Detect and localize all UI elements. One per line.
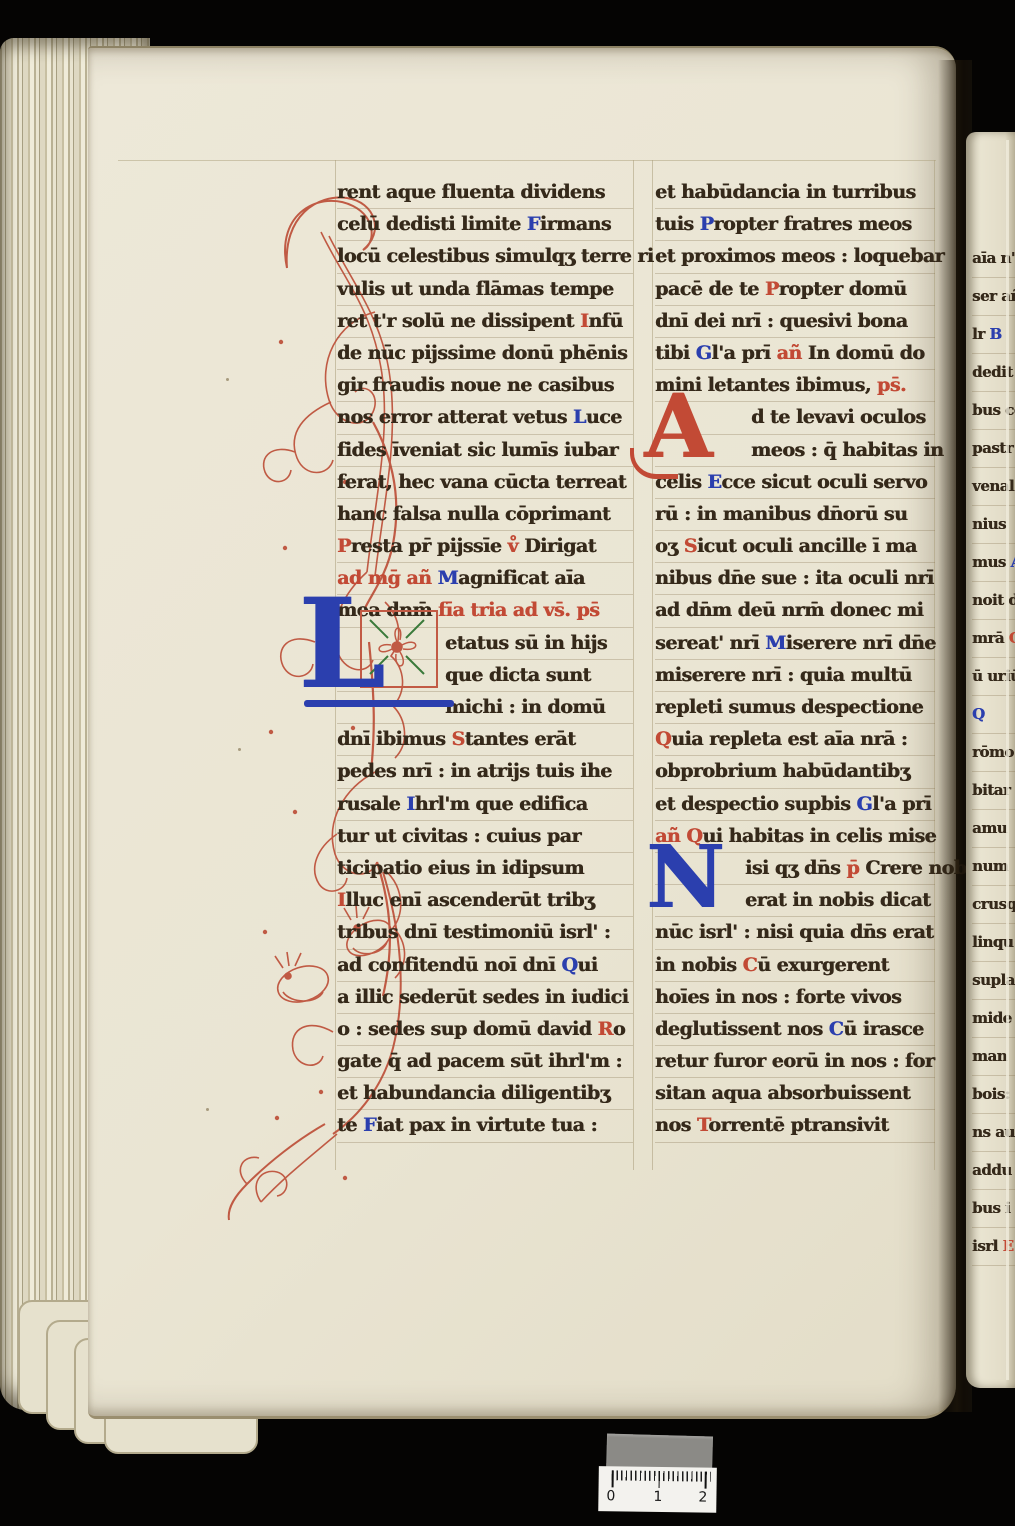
text-segment: iserere nrī dn̄e — [786, 632, 936, 654]
text-segment: repleti sumus despectione — [655, 696, 923, 718]
text-segment: hanc falsa nulla cōprimant — [337, 503, 610, 525]
text-segment: bitar — [972, 781, 1010, 799]
prick-mark — [206, 1108, 209, 1111]
text-line: a illic sederūt sedes in iudici — [337, 982, 633, 1014]
text-line: ad dn̄m deū nrm̄ donec mi — [655, 595, 935, 627]
initial-glyph: L — [298, 590, 385, 700]
text-segment: deglutissent nos — [655, 1018, 829, 1040]
text-segment: ropter domū — [779, 278, 907, 300]
text-line: pedes nrī : in atrijs tuis ihe — [337, 756, 633, 788]
text-segment: iat pax in virtute tua : — [376, 1114, 597, 1136]
manuscript-photo: rent aque fluenta dividenscelū dedisti l… — [0, 0, 1015, 1526]
text-line: oʒ Sicut oculi ancille ī ma — [655, 531, 935, 563]
text-line: rent aque fluenta dividens — [337, 177, 633, 209]
text-line: miserere nrī : quia multū — [655, 660, 935, 692]
text-segment: amu — [972, 819, 1007, 837]
text-segment: locū celestibus simulqʒ terre ri — [337, 245, 654, 267]
text-segment: R — [598, 1018, 613, 1040]
text-segment: ferat, hec vana cūcta terreat — [337, 471, 626, 493]
text-segment: gate q̄ ad pacem sūt ihrl'm : — [337, 1050, 622, 1072]
text-segment: sitan aqua absorbuissent — [655, 1082, 910, 1104]
text-segment: mrā — [972, 629, 1009, 647]
text-segment: ū exurgerent — [757, 954, 889, 976]
text-segment: nos error atterat vetus — [337, 406, 573, 428]
text-segment: que dicta sunt — [445, 664, 591, 686]
text-line: dnī dei nrī : quesivi bona — [655, 306, 935, 338]
text-segment: tantes erāt — [465, 728, 576, 750]
text-segment: S — [684, 535, 697, 557]
ruler-scale-strip: 0 1 2 — [598, 1466, 717, 1513]
text-segment: ui — [577, 954, 597, 976]
text-segment: Q — [972, 705, 985, 723]
text-line: et proximos meos : loquebar — [655, 241, 935, 273]
text-segment: añ — [776, 342, 807, 364]
text-segment: ū irasce — [843, 1018, 923, 1040]
text-segment: o : sedes sup domū david — [337, 1018, 598, 1040]
text-line: rusale Ihrl'm que edifica — [337, 789, 633, 821]
text-segment: bus i — [972, 1199, 1010, 1217]
text-segment: erat in nobis dicat — [745, 889, 930, 911]
ruler-label-0: 0 — [606, 1488, 615, 1504]
text-line: te Fiat pax in virtute tua : — [337, 1110, 633, 1142]
text-segment: rent aque fluenta dividens — [337, 181, 605, 203]
text-line: tuis Propter fratres meos — [655, 209, 935, 241]
text-segment: celū dedisti limite — [337, 213, 527, 235]
ruling-line — [652, 160, 653, 1170]
initial-flourish — [630, 448, 678, 479]
text-segment: Q — [561, 954, 577, 976]
text-segment: dnī dei nrī : quesivi bona — [655, 310, 907, 332]
text-segment: B — [989, 325, 1001, 343]
text-line: gir fraudis noue ne casibus — [337, 370, 633, 402]
text-line: hoīes in nos : forte vivos — [655, 982, 935, 1014]
text-segment: miserere nrī : quia multū — [655, 664, 912, 686]
text-segment: tur ut civitas : cuius par — [337, 825, 581, 847]
text-segment: te — [337, 1114, 363, 1136]
text-line: rū : in manibus dn̄orū su — [655, 499, 935, 531]
text-segment: retur furor eorū in nos : for — [655, 1050, 934, 1072]
text-segment: pedes nrī : in atrijs tuis ihe — [337, 760, 612, 782]
text-segment: fides īveniat sic lumīs iubar — [337, 439, 618, 461]
text-segment: etatus sū in hijs — [445, 632, 607, 654]
text-segment: sereat' nrī — [655, 632, 765, 654]
text-segment: pacē de te — [655, 278, 765, 300]
text-segment: tribus dnī testimoniū isrl' : — [337, 921, 610, 943]
initial-glyph: N — [646, 827, 725, 928]
text-segment: resta pr̄ pijssīe — [351, 535, 508, 557]
text-segment: M — [437, 567, 458, 589]
text-segment: meos : q̄ habitas in — [751, 439, 943, 461]
text-line: de nūc pijssime donū phēnis — [337, 338, 633, 370]
text-line: tribus dnī testimoniū isrl' : — [337, 917, 633, 949]
text-segment: C — [829, 1018, 844, 1040]
text-line: ad confitendū noī dnī Qui — [337, 950, 633, 982]
text-segment: tuis — [655, 213, 700, 235]
text-segment: O — [1009, 629, 1015, 647]
text-segment: gir fraudis noue ne casibus — [337, 374, 614, 396]
text-segment: G — [696, 342, 712, 364]
text-line: sitan aqua absorbuissent — [655, 1078, 935, 1110]
text-segment: bois: — [972, 1085, 1010, 1103]
text-segment: mus — [972, 553, 1010, 571]
text-segment: lluc enī ascenderūt tribʒ — [345, 889, 594, 911]
text-segment: agnificat aīa — [458, 567, 585, 589]
text-segment: A — [1010, 553, 1015, 571]
text-line: o : sedes sup domū david Ro — [337, 1014, 633, 1046]
text-line: ret t'r solū ne dissipent Infū — [337, 306, 633, 338]
text-segment: isi qʒ dn̄s — [745, 857, 846, 879]
text-line: nos Torrentē ptransivit — [655, 1110, 935, 1142]
text-segment: ret t'r solū ne dissipent — [337, 310, 580, 332]
text-line: celū dedisti limite Firmans — [337, 209, 633, 241]
text-line: retur furor eorū in nos : for — [655, 1046, 935, 1078]
text-segment: obprobrium habūdantibʒ — [655, 760, 910, 782]
text-segment: oʒ — [655, 535, 684, 557]
text-segment: M — [765, 632, 786, 654]
ruler-major-tick — [705, 1472, 707, 1489]
text-segment: isrl — [972, 1237, 1002, 1255]
text-segment: icut oculi ancille ī ma — [697, 535, 917, 557]
text-line: Presta pr̄ pijssīe v̊ Dirigat — [337, 531, 633, 563]
illuminated-initial-N: N — [646, 838, 725, 918]
text-line: et habūdancia in turribus — [655, 177, 935, 209]
text-segment: lr — [972, 325, 989, 343]
ruler-minor-ticks — [612, 1470, 711, 1481]
text-segment: p̄ — [846, 857, 865, 879]
text-segment: a illic sederūt sedes in iudici — [337, 986, 628, 1008]
text-line: et despectio supbis Gl'a prī — [655, 789, 935, 821]
text-segment: nibus dn̄e sue : ita oculi nrī — [655, 567, 934, 589]
text-segment: michi : in domū — [445, 696, 605, 718]
grotesque-bug-icon — [273, 952, 333, 1008]
text-line: dnī ibimus Stantes erāt — [337, 724, 633, 756]
text-segment: ad confitendū noī dnī — [337, 954, 561, 976]
text-segment: v̊ — [507, 535, 524, 557]
text-segment: num — [972, 857, 1008, 875]
text-line: locū celestibus simulqʒ terre ri — [337, 241, 633, 273]
text-segment: ropter fratres meos — [713, 213, 911, 235]
text-column-right: et habūdancia in turribustuis Propter fr… — [655, 177, 935, 1143]
text-segment: S — [451, 728, 464, 750]
text-segment: ad dn̄m deū nrm̄ donec mi — [655, 599, 923, 621]
text-segment: Q — [655, 728, 671, 750]
text-segment: man — [972, 1047, 1007, 1065]
text-segment: et habundancia diligentibʒ — [337, 1082, 610, 1104]
text-line: vulis ut unda flāmas tempe — [337, 274, 633, 306]
text-line: nibus dn̄e sue : ita oculi nrī — [655, 563, 935, 595]
text-segment: P — [700, 213, 714, 235]
ruling-line — [118, 160, 936, 161]
text-segment: cce sicut oculi servo — [721, 471, 927, 493]
text-line: ferat, hec vana cūcta terreat — [337, 467, 633, 499]
text-segment: de nūc pijssime donū phēnis — [337, 342, 627, 364]
text-segment: irmans — [540, 213, 611, 235]
text-segment: C — [742, 954, 757, 976]
ruler-label-2: 2 — [698, 1490, 707, 1506]
text-segment: F — [363, 1114, 376, 1136]
text-segment: G — [856, 793, 872, 815]
ruler-major-tick — [658, 1471, 660, 1488]
text-line: et habundancia diligentibʒ — [337, 1078, 633, 1110]
text-line: hanc falsa nulla cōprimant — [337, 499, 633, 531]
text-segment: in nobis — [655, 954, 742, 976]
text-segment: fīa tria ad vs̄. ps̄ — [438, 599, 599, 621]
opposite-page-edge-highlight — [1006, 140, 1009, 1380]
measurement-ruler: 0 1 2 — [598, 1431, 720, 1514]
text-line: tibi Gl'a prī añ In domū do — [655, 338, 935, 370]
text-segment: hoīes in nos : forte vivos — [655, 986, 901, 1008]
text-segment: et proximos meos : loquebar — [655, 245, 944, 267]
text-line: obprobrium habūdantibʒ — [655, 756, 935, 788]
text-line: Quia repleta est aīa nrā : — [655, 724, 935, 756]
text-segment: uce — [586, 406, 622, 428]
text-segment: rū : in manibus dn̄orū su — [655, 503, 907, 525]
text-segment: ticipatio eius in idipsum — [337, 857, 584, 879]
text-segment: nos — [655, 1114, 697, 1136]
text-line: nos error atterat vetus Luce — [337, 402, 633, 434]
text-segment: dnī ibimus — [337, 728, 451, 750]
text-segment: vulis ut unda flāmas tempe — [337, 278, 613, 300]
text-segment: nfū — [588, 310, 622, 332]
text-segment: et despectio supbis — [655, 793, 856, 815]
text-segment: hrl'm que edifica — [415, 793, 588, 815]
text-segment: ps̄. — [877, 374, 906, 396]
text-line: tur ut civitas : cuius par — [337, 821, 633, 853]
text-segment: d te levavi oculos — [751, 406, 926, 428]
text-segment: l'a prī — [711, 342, 776, 364]
text-segment: tibi — [655, 342, 696, 364]
text-segment: l'a prī — [872, 793, 931, 815]
text-line: Illuc enī ascenderūt tribʒ — [337, 885, 633, 917]
manuscript-page: rent aque fluenta dividenscelū dedisti l… — [88, 46, 956, 1419]
text-segment: Dirigat — [524, 535, 596, 557]
text-line: ticipatio eius in idipsum — [337, 853, 633, 885]
text-segment: orrentē ptransivit — [708, 1114, 888, 1136]
ruler-major-tick — [612, 1470, 614, 1487]
text-segment: T — [697, 1114, 708, 1136]
text-line: sereat' nrī Miserere nrī dn̄e — [655, 628, 935, 660]
illuminated-initial-L: L — [298, 604, 448, 714]
text-segment: In domū do — [808, 342, 925, 364]
text-line: repleti sumus despectione — [655, 692, 935, 724]
text-segment: P — [765, 278, 779, 300]
text-segment: nius — [972, 515, 1006, 533]
text-line: deglutissent nos Cū irasce — [655, 1014, 935, 1046]
text-segment: P — [337, 535, 351, 557]
ruler-label-1: 1 — [653, 1489, 662, 1505]
text-segment: uia repleta est aīa nrā : — [671, 728, 907, 750]
initial-foot-bar — [304, 700, 454, 707]
ruler-gray-strip — [606, 1434, 713, 1471]
ruling-line — [633, 160, 634, 1170]
text-segment: rusale — [337, 793, 406, 815]
text-segment: F — [527, 213, 540, 235]
text-line: in nobis Cū exurgerent — [655, 950, 935, 982]
text-line: fides īveniat sic lumīs iubar — [337, 435, 633, 467]
text-segment: o — [613, 1018, 625, 1040]
text-segment: L — [573, 406, 586, 428]
text-segment: I — [406, 793, 414, 815]
text-line: gate q̄ ad pacem sūt ihrl'm : — [337, 1046, 633, 1078]
text-segment: et habūdancia in turribus — [655, 181, 916, 203]
text-line: pacē de te Propter domū — [655, 274, 935, 306]
text-segment: ui habitas in celis mise — [702, 825, 936, 847]
illuminated-initial-A: A — [644, 386, 712, 466]
